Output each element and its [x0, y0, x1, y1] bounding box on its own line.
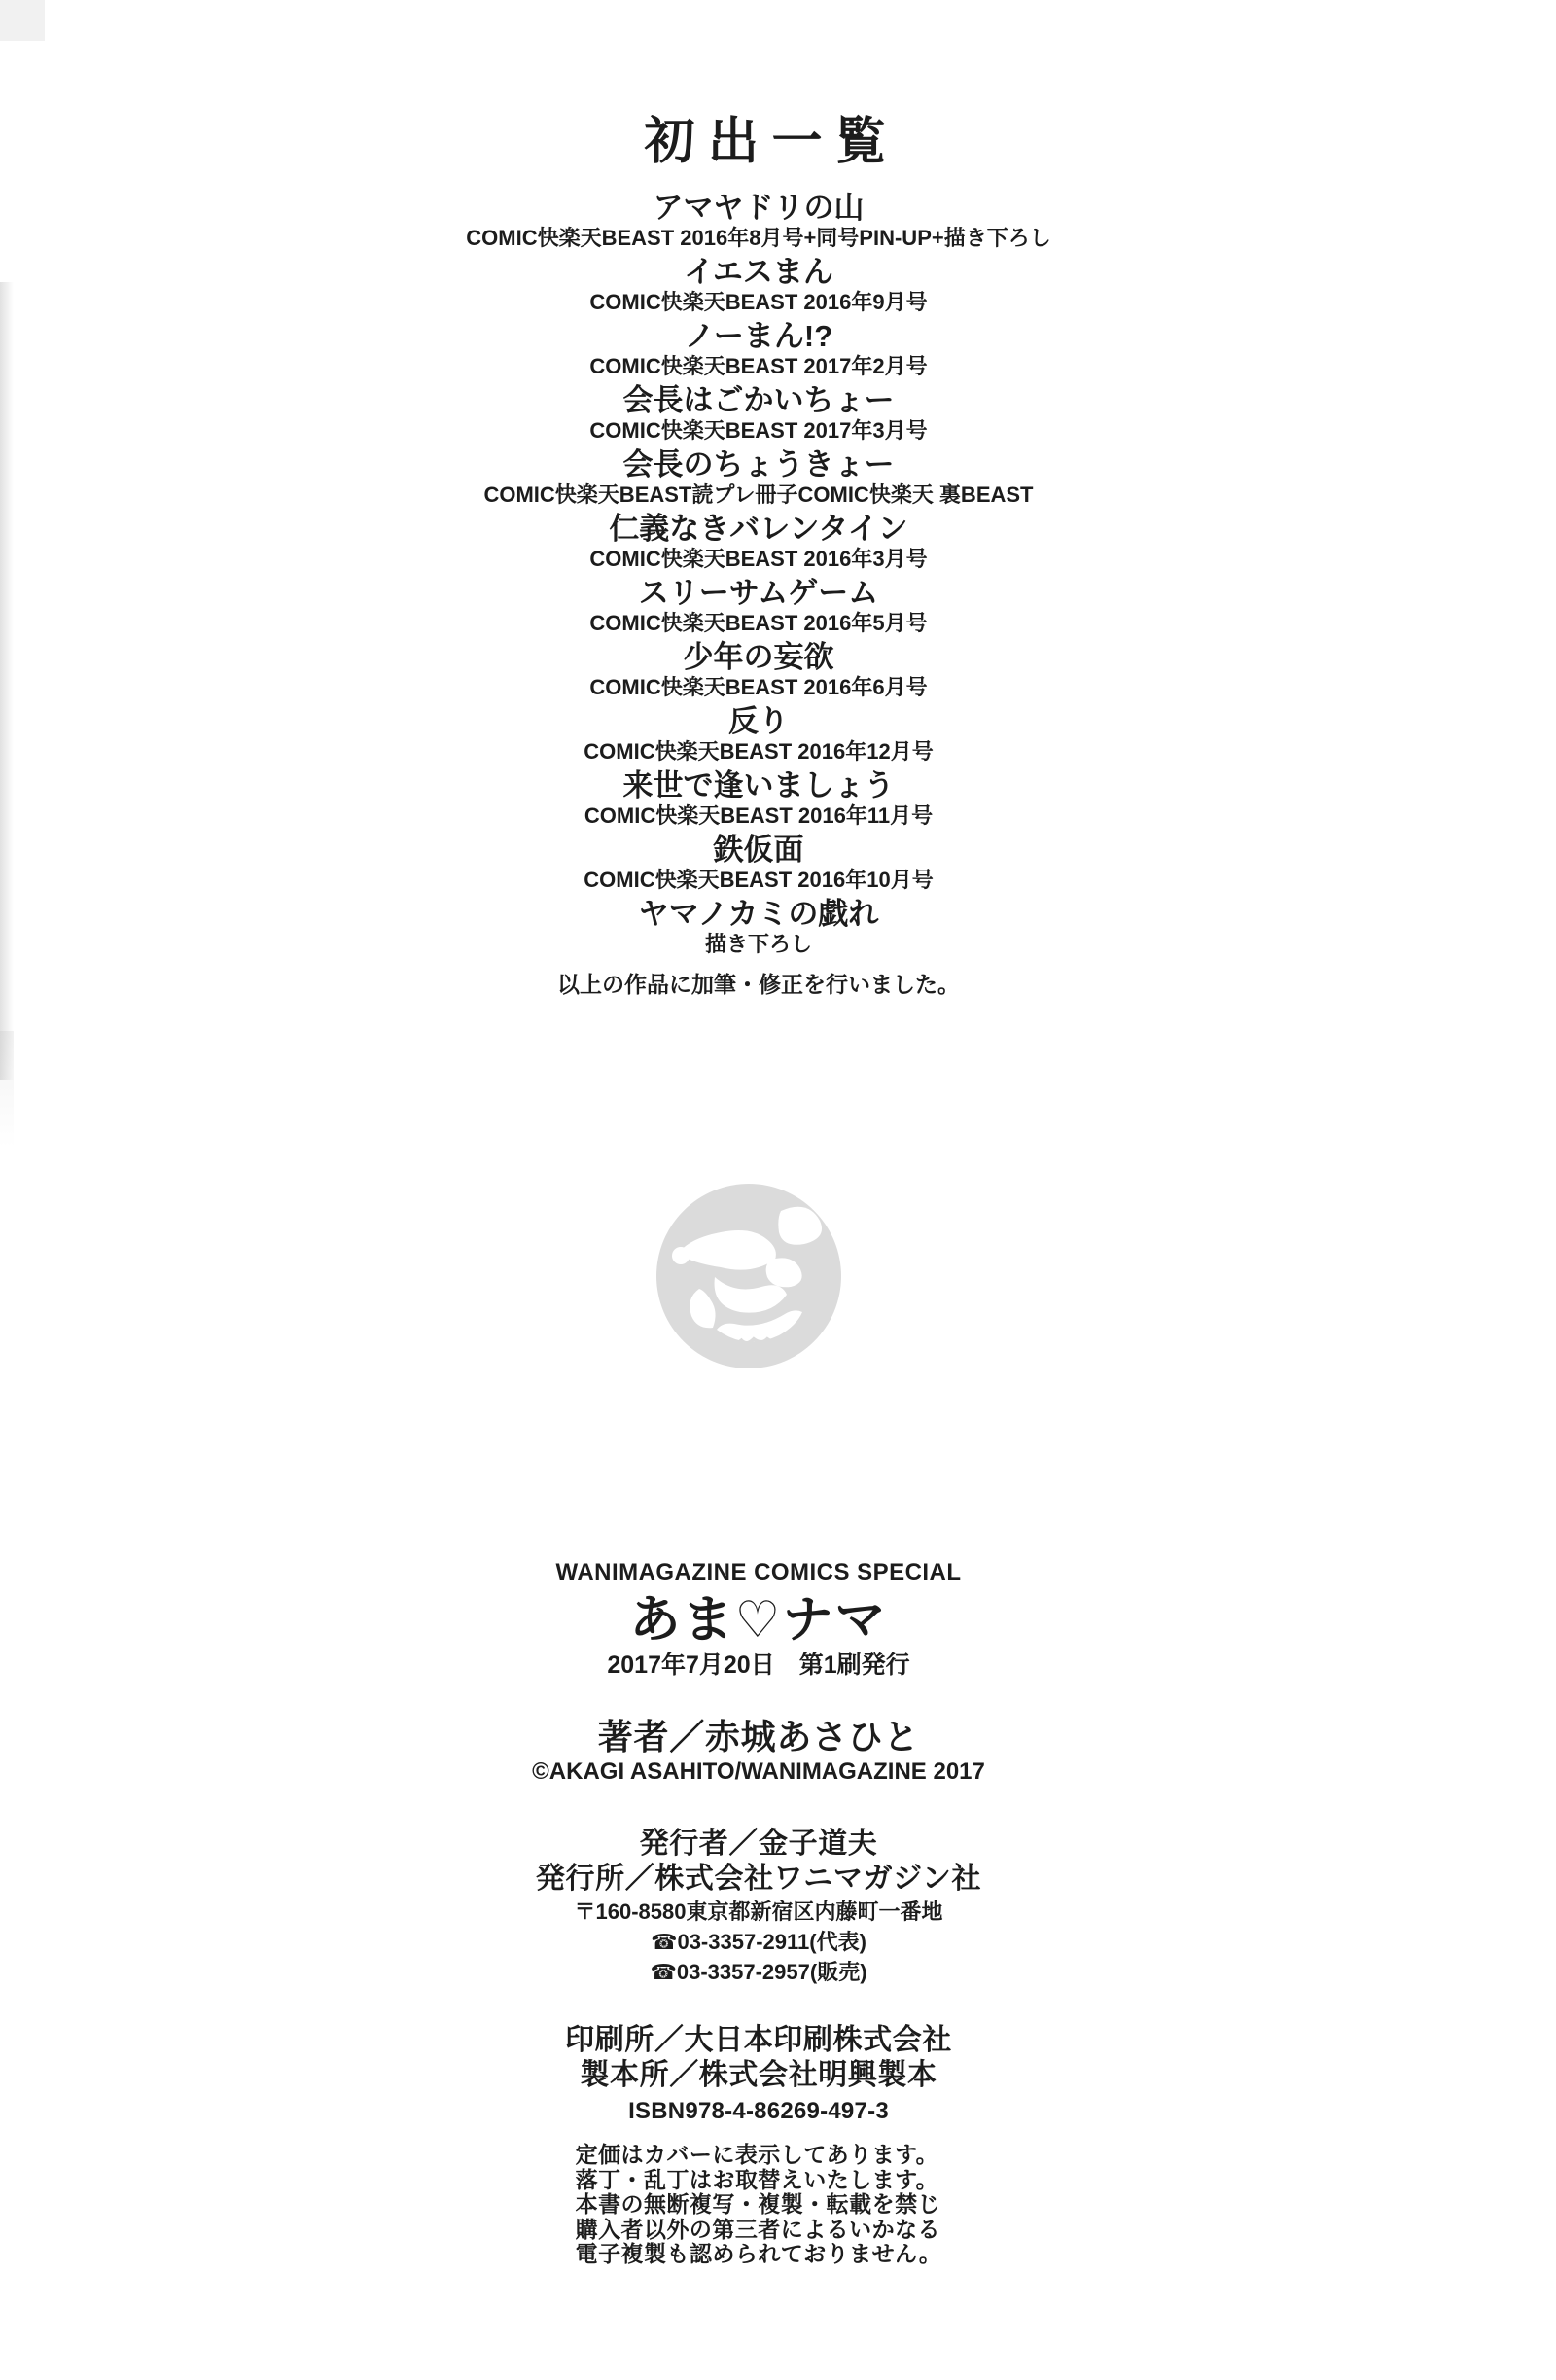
phone-main: ☎03-3357-2911(代表) — [0, 1927, 1517, 1957]
list-item: 少年の妄欲 COMIC快楽天BEAST 2016年6月号 — [0, 640, 1517, 700]
work-title: ノーまん!? — [0, 319, 1517, 354]
work-source: COMIC快楽天BEAST 2017年2月号 — [0, 354, 1517, 379]
list-item: 鉄仮面 COMIC快楽天BEAST 2016年10月号 — [0, 833, 1517, 893]
first-publication-list: アマヤドリの山 COMIC快楽天BEAST 2016年8月号+同号PIN-UP+… — [0, 191, 1517, 961]
binder-company: 製本所／株式会社明興製本 — [0, 2058, 1517, 2093]
list-item: ノーまん!? COMIC快楽天BEAST 2017年2月号 — [0, 319, 1517, 379]
work-title: 会長のちょうきょー — [0, 447, 1517, 482]
work-title: 鉄仮面 — [0, 833, 1517, 868]
colophon-page: 初出一覧 アマヤドリの山 COMIC快楽天BEAST 2016年8月号+同号PI… — [0, 0, 1556, 2380]
work-title: 来世で逢いましょう — [0, 768, 1517, 803]
list-item: ヤマノカミの戯れ 描き下ろし — [0, 897, 1517, 957]
list-item: 来世で逢いましょう COMIC快楽天BEAST 2016年11月号 — [0, 768, 1517, 829]
printer-block: 印刷所／大日本印刷株式会社 製本所／株式会社明興製本 — [0, 2023, 1517, 2093]
phone-sales: ☎03-3357-2957(販売) — [0, 1957, 1517, 1987]
imprint-label: WANIMAGAZINE COMICS SPECIAL — [0, 1556, 1517, 1589]
work-source: 描き下ろし — [0, 932, 1517, 957]
work-title: スリーサムゲーム — [0, 576, 1517, 611]
publisher-block: 発行者／金子道夫 発行所／株式会社ワニマガジン社 〒160-8580東京都新宿区… — [0, 1827, 1517, 1987]
publisher-address: 〒160-8580東京都新宿区内藤町一番地 — [0, 1897, 1517, 1927]
legal-notice-block: 定価はカバーに表示してあります。 落丁・乱丁はお取替えいたします。 本書の無断複… — [0, 2143, 1517, 2267]
list-item: イエスまん COMIC快楽天BEAST 2016年9月号 — [0, 255, 1517, 315]
work-source: COMIC快楽天BEAST 2016年5月号 — [0, 611, 1517, 636]
publisher-company: 発行所／株式会社ワニマガジン社 — [0, 1862, 1517, 1897]
list-item: スリーサムゲーム COMIC快楽天BEAST 2016年5月号 — [0, 576, 1517, 636]
work-title: 会長はごかいちょー — [0, 383, 1517, 418]
work-title: 仁義なきバレンタイン — [0, 512, 1517, 547]
work-source: COMIC快楽天BEAST 2017年3月号 — [0, 418, 1517, 444]
work-title: イエスまん — [0, 255, 1517, 290]
work-source: COMIC快楽天BEAST読プレ冊子COMIC快楽天 裏BEAST — [0, 482, 1517, 508]
author-name: 著者／赤城あさひと — [0, 1717, 1517, 1758]
work-title: アマヤドリの山 — [0, 191, 1517, 226]
notice-line: 落丁・乱丁はお取替えいたします。 — [576, 2168, 942, 2193]
notice-line: 購入者以外の第三者によるいかなる — [576, 2218, 942, 2243]
work-source: COMIC快楽天BEAST 2016年10月号 — [0, 868, 1517, 893]
list-item: 会長のちょうきょー COMIC快楽天BEAST読プレ冊子COMIC快楽天 裏BE… — [0, 447, 1517, 508]
isbn-number: ISBN978-4-86269-497-3 — [0, 2099, 1517, 2124]
work-source: COMIC快楽天BEAST 2016年11月号 — [0, 803, 1517, 829]
list-item: アマヤドリの山 COMIC快楽天BEAST 2016年8月号+同号PIN-UP+… — [0, 191, 1517, 251]
work-title: 少年の妄欲 — [0, 640, 1517, 675]
colophon-header: WANIMAGAZINE COMICS SPECIAL あま♡ナマ 2017年7… — [0, 1556, 1517, 1679]
printer-company: 印刷所／大日本印刷株式会社 — [0, 2023, 1517, 2058]
page-title: 初出一覧 — [0, 115, 1531, 169]
print-date-edition: 2017年7月20日 第1刷発行 — [0, 1652, 1517, 1679]
page-content: 初出一覧 アマヤドリの山 COMIC快楽天BEAST 2016年8月号+同号PI… — [0, 0, 1517, 2380]
publisher-person: 発行者／金子道夫 — [0, 1827, 1517, 1862]
work-title: ヤマノカミの戯れ — [0, 897, 1517, 932]
notice-line: 定価はカバーに表示してあります。 — [576, 2143, 942, 2168]
legal-notice-text: 定価はカバーに表示してあります。 落丁・乱丁はお取替えいたします。 本書の無断複… — [576, 2143, 942, 2267]
list-item: 反り COMIC快楽天BEAST 2016年12月号 — [0, 704, 1517, 764]
list-item: 会長はごかいちょー COMIC快楽天BEAST 2017年3月号 — [0, 383, 1517, 444]
copyright-notice: ©AKAGI ASAHITO/WANIMAGAZINE 2017 — [0, 1758, 1517, 1787]
notice-line: 電子複製も認められておりません。 — [576, 2242, 942, 2267]
work-title: 反り — [0, 704, 1517, 739]
work-source: COMIC快楽天BEAST 2016年9月号 — [0, 290, 1517, 315]
work-source: COMIC快楽天BEAST 2016年6月号 — [0, 675, 1517, 700]
work-source: COMIC快楽天BEAST 2016年12月号 — [0, 739, 1517, 764]
author-block: 著者／赤城あさひと ©AKAGI ASAHITO/WANIMAGAZINE 20… — [0, 1717, 1517, 1787]
notice-line: 本書の無断複写・複製・転載を禁じ — [576, 2192, 942, 2218]
list-item: 仁義なきバレンタイン COMIC快楽天BEAST 2016年3月号 — [0, 512, 1517, 572]
revision-note: 以上の作品に加筆・修正を行いました。 — [0, 971, 1517, 998]
book-title: あま♡ナマ — [0, 1589, 1517, 1652]
work-source: COMIC快楽天BEAST 2016年8月号+同号PIN-UP+描き下ろし — [0, 226, 1517, 251]
work-source: COMIC快楽天BEAST 2016年3月号 — [0, 547, 1517, 572]
